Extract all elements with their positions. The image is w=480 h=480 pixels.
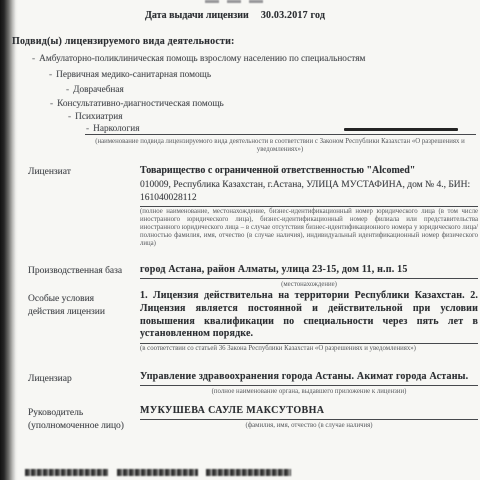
licensee-underline xyxy=(140,206,478,207)
licensor-caption: (полное наименование органа, выдавшего п… xyxy=(140,388,478,396)
special-conditions-label-line1: Особые условия xyxy=(28,293,105,306)
scan-smudge-artifact xyxy=(117,469,198,476)
special-conditions-section: 1. Лицензия действительна на территории … xyxy=(140,290,478,353)
issue-date-value: 30.03.2017 год xyxy=(261,10,325,21)
production-base-section: город Астана, район Алматы, улица 23-15,… xyxy=(140,264,478,289)
subtype-item: Наркология xyxy=(86,124,140,134)
scan-smudge-artifact xyxy=(206,469,291,476)
subtypes-underline xyxy=(85,134,476,135)
head-label-line1: Руководитель xyxy=(28,407,124,420)
licensee-label: Лицензиат xyxy=(28,167,71,177)
special-conditions-underline xyxy=(140,343,478,344)
licensor-value: Управление здравоохранения города Астаны… xyxy=(140,371,478,386)
special-conditions-label: Особые условия действия лицензии xyxy=(28,293,105,319)
licensor-section: Управление здравоохранения города Астаны… xyxy=(140,371,478,396)
licensee-section: Товарищество с ограниченной ответственно… xyxy=(140,164,478,248)
head-name: МУКУШЕВА САУЛЕ МАКСУТОВНА xyxy=(140,405,478,420)
head-section: МУКУШЕВА САУЛЕ МАКСУТОВНА (фамилия, имя,… xyxy=(140,405,478,430)
head-caption: (фамилия, имя, отчество (в случае наличи… xyxy=(140,422,478,430)
licensee-address: 010009, Республика Казахстан, г.Астана, … xyxy=(140,179,478,205)
production-base-value: город Астана, район Алматы, улица 23-15,… xyxy=(140,264,478,279)
production-base-label: Производственная база xyxy=(28,266,122,276)
scan-line-artifact xyxy=(344,128,458,131)
special-conditions-caption: (в соответствии со статьей 36 Закона Рес… xyxy=(140,345,478,353)
subtype-item: Психиатрия xyxy=(68,112,123,122)
special-conditions-text: 1. Лицензия действительна на территории … xyxy=(140,290,478,341)
issue-date-line: Дата выдачи лицензии30.03.2017 год xyxy=(145,10,325,21)
head-label-line2: (уполномоченное лицо) xyxy=(28,420,124,433)
special-conditions-label-line2: действия лицензии xyxy=(28,306,105,319)
subtype-item: Первичная медико-санитарная помощь xyxy=(49,70,211,80)
subtype-item: Амбулаторно-поликлиническая помощь взрос… xyxy=(32,54,365,64)
head-label: Руководитель (уполномоченное лицо) xyxy=(28,407,124,433)
subtypes-heading: Подвид(ы) лицензируемого вида деятельнос… xyxy=(12,36,235,47)
scanned-license-document: Дата выдачи лицензии30.03.2017 год Подви… xyxy=(0,0,480,480)
licensee-caption: (полное наименование, местонахождение, б… xyxy=(140,208,478,248)
licensee-name: Товарищество с ограниченной ответственно… xyxy=(140,164,478,177)
licensor-label: Лицензиар xyxy=(28,374,72,384)
subtype-item: Доврачебная xyxy=(66,85,124,95)
subtype-item: Консультативно-диагностическая помощь xyxy=(50,99,224,109)
cutoff-text-artifact xyxy=(205,0,263,3)
subtypes-caption: (наименование подвида лицензируемого вид… xyxy=(88,138,472,154)
scan-edge-shadow xyxy=(0,0,18,480)
production-base-caption: (местонахождение) xyxy=(140,281,478,289)
scan-smudge-artifact xyxy=(25,469,108,476)
issue-date-label: Дата выдачи лицензии xyxy=(145,10,249,21)
